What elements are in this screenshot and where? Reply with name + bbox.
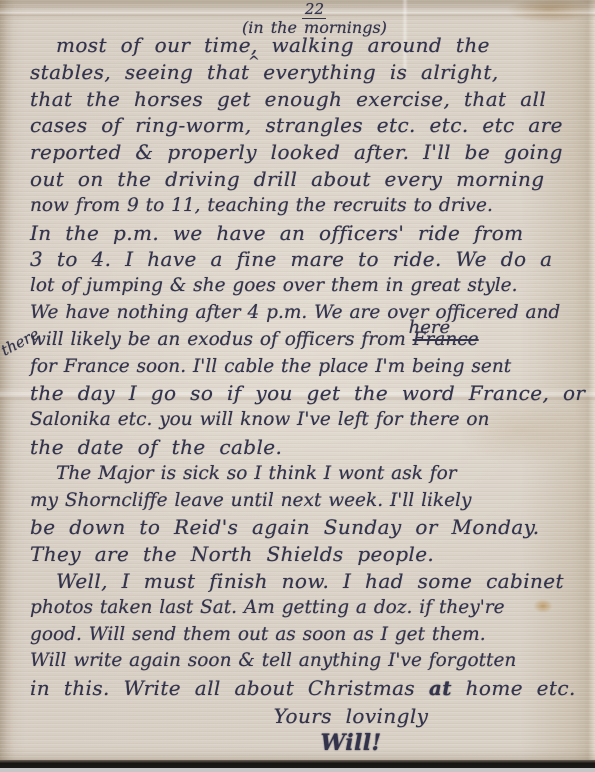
letter-line: the day I go so if you get the word Fran… — [30, 380, 582, 407]
signature: Will! — [120, 730, 582, 756]
letter-segment: will likely be an exodus of officers fro… — [30, 329, 413, 350]
letter-segment: photos taken last Sat. Am getting a doz.… — [30, 597, 505, 618]
letter-line: reported & properly looked after. I'll b… — [30, 139, 582, 166]
inserted-annotation: 22 (in the mornings) — [242, 2, 387, 35]
letter-line: good. Will send them out as soon as I ge… — [30, 622, 582, 649]
letter-segment: now from 9 to 11, teaching the recruits … — [30, 195, 493, 216]
closing-block: Yours lovingly Will! — [30, 704, 582, 756]
letter-line: We have nothing after 4 p.m. We are over… — [30, 300, 582, 327]
letter-segment: reported & properly looked after. I'll b… — [30, 140, 563, 164]
letter-segment: 3 to 4. I have a fine mare to ride. We d… — [30, 247, 553, 271]
letter-line: The Major is sick so I think I wont ask … — [30, 461, 582, 488]
letter-line: lot of jumping & she goes over them in g… — [30, 273, 582, 300]
letter-line: my Shorncliffe leave until next week. I'… — [30, 488, 582, 515]
scan-edge-bottom — [0, 760, 595, 768]
letter-segment: stables, seeing that everything is alrig… — [30, 60, 499, 84]
letter-segment: the date of the cable. — [30, 435, 282, 459]
letter-line: the date of the cable. — [30, 434, 582, 461]
letter-segment: be down to Reid's again Sunday or Monday… — [30, 515, 539, 539]
letter-line: be down to Reid's again Sunday or Monday… — [30, 514, 582, 541]
letter-segment: most of our time, walking around the — [56, 33, 490, 57]
letter-line: most of our time, walking around the — [30, 32, 582, 59]
letter-segment: The Major is sick so I think I wont ask … — [56, 463, 457, 484]
letter-line: Salonika etc. you will know I've left fo… — [30, 407, 582, 434]
letter-body: 22 (in the mornings) ^ most of our time,… — [30, 32, 582, 756]
letter-segment: home etc. — [452, 676, 576, 700]
letter-line: therewill likely be an exodus of officer… — [30, 327, 582, 354]
letter-segment: in this. Write all about Christmas — [30, 676, 429, 700]
letter-segment: that the horses get enough exercise, tha… — [30, 87, 546, 111]
letter-segment: Will write again soon & tell anything I'… — [30, 650, 516, 671]
letter-segment: lot of jumping & she goes over them in g… — [30, 275, 518, 296]
letter-segment: my Shorncliffe leave until next week. I'… — [30, 490, 471, 511]
letter-segment: the day I go so if you get the word Fran… — [30, 381, 585, 405]
scan-background-strip — [0, 768, 595, 772]
letter-segment: good. Will send them out as soon as I ge… — [30, 624, 486, 645]
letter-segment: Salonika etc. you will know I've left fo… — [30, 409, 489, 430]
letter-segment: cases of ring-worm, strangles etc. etc. … — [30, 113, 563, 137]
letter-line: stables, seeing that everything is alrig… — [30, 59, 582, 86]
letter-line: They are the North Shields people. — [30, 541, 582, 568]
letter-segment-bold: at — [429, 676, 452, 700]
letter-line: Will write again soon & tell anything I'… — [30, 648, 582, 675]
letter-closing: Yours lovingly — [120, 704, 582, 730]
letter-lines: most of our time, walking around thestab… — [30, 32, 582, 702]
letter-segment: In the p.m. we have an officers' ride fr… — [30, 221, 524, 245]
letter-line: now from 9 to 11, teaching the recruits … — [30, 193, 582, 220]
letter-segment: Well, I must finish now. I had some cabi… — [56, 569, 564, 593]
letter-segment: out on the driving drill about every mor… — [30, 167, 544, 191]
letter-line: that the horses get enough exercise, tha… — [30, 86, 582, 113]
scanned-letter-page: { "annotations": { "page_number": "22", … — [0, 0, 595, 772]
letter-line: in this. Write all about Christmas at ho… — [30, 675, 582, 702]
letter-line: out on the driving drill about every mor… — [30, 166, 582, 193]
letter-line: cases of ring-worm, strangles etc. etc. … — [30, 112, 582, 139]
letter-line: photos taken last Sat. Am getting a doz.… — [30, 595, 582, 622]
letter-segment: We have nothing after 4 p.m. We are over… — [30, 302, 560, 323]
letter-line: Well, I must finish now. I had some cabi… — [30, 568, 582, 595]
letter-line: In the p.m. we have an officers' ride fr… — [30, 220, 582, 247]
letter-segment: They are the North Shields people. — [30, 542, 434, 566]
letter-line: 3 to 4. I have a fine mare to ride. We d… — [30, 246, 582, 273]
page-number-annotation: 22 — [302, 2, 326, 19]
letter-segment: for France soon. I'll cable the place I'… — [30, 356, 511, 377]
letter-line: for France soon. I'll cable the place I'… — [30, 354, 582, 381]
